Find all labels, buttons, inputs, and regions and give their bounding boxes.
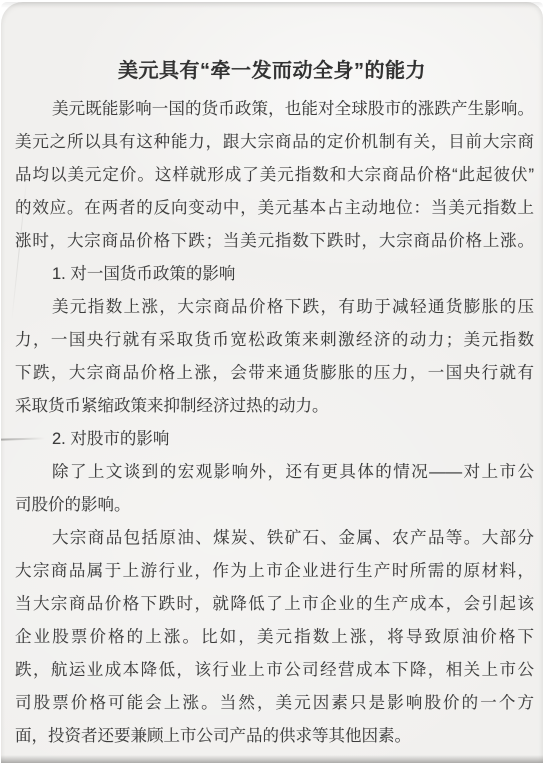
text-line: 面，投资者还要兼顾上市公司产品的供求等其他因素。 (15, 720, 534, 753)
text-line: 品均以美元定价。这样就形成了美元指数和大宗商品价格“此起彼伏” (15, 159, 534, 192)
text-line: 力，一国央行就有采取货币宽松政策来刺激经济的动力；美元指数 (15, 324, 534, 357)
document-title: 美元具有“牵一发而动全身”的能力 (1, 54, 543, 83)
text-line: 美元指数上涨，大宗商品价格下跌，有助于减轻通货膨胀的压 (15, 291, 534, 324)
text-line: 大宗商品包括原油、煤炭、铁矿石、金属、农产品等。大部分 (15, 522, 534, 555)
text-line: 的效应。在两者的反向变动中，美元基本占主动地位：当美元指数上 (15, 192, 534, 225)
body-text: 美元既能影响一国的货币政策，也能对全球股市的涨跌产生影响。 美元之所以具有这种能… (15, 93, 534, 753)
text-line: 司股价的影响。 (15, 489, 534, 522)
text-line: 司股票价格可能会上涨。当然，美元因素只是影响股价的一个方 (15, 687, 534, 720)
text-line: 跌，航运业成本降低，该行业上市公司经营成本下降，相关上市公 (15, 654, 534, 687)
page-bottom-edge-shadow (1, 755, 543, 763)
text-line: 采取货币紧缩政策来抑制经济过热的动力。 (15, 390, 534, 423)
text-line: 美元既能影响一国的货币政策，也能对全球股市的涨跌产生影响。 (15, 93, 534, 126)
section-heading-2: 2. 对股市的影响 (15, 423, 534, 456)
text-line: 大宗商品属于上游行业，作为上市企业进行生产时所需的原材料， (15, 555, 534, 588)
text-line: 美元之所以具有这种能力，跟大宗商品的定价机制有关，目前大宗商 (15, 126, 534, 159)
book-page: 美元具有“牵一发而动全身”的能力 美元既能影响一国的货币政策，也能对全球股市的涨… (1, 2, 543, 763)
text-line: 企业股票价格的上涨。比如，美元指数上涨，将导致原油价格下 (15, 621, 534, 654)
text-line: 涨时，大宗商品价格下跌；当美元指数下跌时，大宗商品价格上涨。 (15, 225, 534, 258)
text-line: 下跌，大宗商品价格上涨，会带来通货膨胀的压力，一国央行就有 (15, 357, 534, 390)
text-line: 当大宗商品价格下跌时，就降低了上市企业的生产成本，会引起该 (15, 588, 534, 621)
page-top-shadow (1, 2, 543, 8)
text-line: 除了上文谈到的宏观影响外，还有更具体的情况——对上市公 (15, 456, 534, 489)
section-heading-1: 1. 对一国货币政策的影响 (15, 258, 534, 291)
screenshot-stage: 美元具有“牵一发而动全身”的能力 美元既能影响一国的货币政策，也能对全球股市的涨… (0, 0, 544, 763)
